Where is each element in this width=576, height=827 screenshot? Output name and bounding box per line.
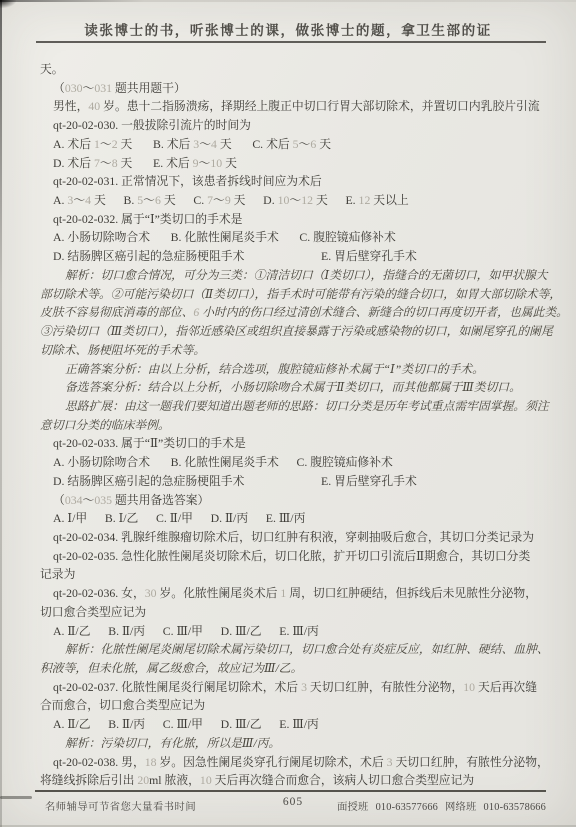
text-line: 记录为 [40,565,550,584]
text-line: 备选答案分析：结合以上分析，小肠切除吻合术属于Ⅱ类切口，而其他都属于Ⅲ类切口。 [40,378,550,397]
page-footer: 名师辅导可节省您大量看书时间 605 面授班010-63577666网络班010… [40,795,546,815]
scan-edge-top [0,0,576,2]
footer-onsite-phone: 010-63577666 [376,802,438,813]
scan-bottom-left-mark [0,796,32,799]
text-line: qt-20-02-033. 属于“Ⅱ”类切口的手术是 [40,434,550,453]
scan-corner-mark [0,0,16,8]
text-line: 正确答案分析：由以上分析，结合选项，腹腔镜疝修补术属于“Ⅰ”类切口的手术。 [40,360,550,379]
header-slogan: 读张博士的书，听张博士的课，做张博士的题，拿卫生部的证 [0,19,576,39]
text-line: ③污染切口（Ⅲ类切口），指邻近感染区或组织直接暴露于污染或感染物的切口，如阑尾穿… [40,322,550,341]
text-line: qt-20-02-036. 女，30 岁。化脓性阑尾炎术后 1 周，切口红肿硬结… [40,584,550,603]
footer-onsite-label: 面授班 [337,802,369,813]
footer-online-label: 网络班 [445,802,477,813]
text-line: A. 小肠切除吻合术 B. 化脓性阑尾炎手术 C. 腹腔镜疝修补术 [40,228,550,247]
text-line: 解析：化脓性阑尾炎阑尾切除术属污染切口，切口愈合处有炎症反应，如红肿、硬结、血肿… [40,640,550,659]
text-line: qt-20-02-030. 一般拔除引流片的时间为 [40,116,550,135]
text-line: 积液等，但未化脓，属乙级愈合，故应记为Ⅲ/乙。 [40,659,550,678]
text-line: 切除术、肠梗阻坏死的手术等。 [40,341,550,360]
footer-left-slogan: 名师辅导可节省您大量看书时间 [45,798,196,813]
text-line: A. 3～4 天 B. 5～6 天 C. 7～9 天 D. 10～12 天 E.… [40,191,550,210]
text-line: A. 小肠切除吻合术 B. 化脓性阑尾炎手术 C. 腹腔镜疝修补术 [40,453,550,472]
text-line: 皮肤不容易彻底消毒的部位、6 小时内的伤口经过清创术缝合、新缝合的切口再度切开者… [40,303,550,322]
text-line: qt-20-02-032. 属于“Ⅰ”类切口的手术是 [40,210,550,229]
text-line: qt-20-02-031. 正常情况下，该患者拆线时间应为术后 [40,172,550,191]
text-line: 合而愈合，切口愈合类型应记为 [40,696,550,715]
text-line: 将缝线拆除后引出 20ml 脓液，10 天后再次缝合而愈合，该病人切口愈合类型应… [40,771,550,790]
text-line: D. 结肠脾区癌引起的急症肠梗阻手术 E. 胃后壁穿孔手术 [40,472,550,491]
text-line: qt-20-02-038. 男，18 岁。因急性阑尾炎穿孔行阑尾切除术，术后 3… [40,753,550,772]
text-line: qt-20-02-034. 乳腺纤维腺瘤切除术后，切口红肿有积液，穿刺抽吸后愈合… [40,528,550,547]
scan-edge-left [0,0,2,827]
text-line: （030～031 题共用题干） [40,79,550,98]
scanned-page: 读张博士的书，听张博士的课，做张博士的题，拿卫生部的证 天。（030～031 题… [0,0,576,827]
text-line: 切口愈合类型应记为 [40,603,550,622]
header-rule [36,41,546,43]
text-line: （034～035 题共用备选答案） [40,491,550,510]
text-line: D. 结肠脾区癌引起的急症肠梗阻手术 E. 胃后壁穿孔手术 [40,247,550,266]
footer-online-phone: 010-63578666 [484,802,546,813]
text-line: A. 术后 1～2 天 B. 术后 3～4 天 C. 术后 5～6 天 [40,135,550,154]
text-line: 解析：切口愈合情况，可分为三类：①清洁切口（Ⅰ类切口），指缝合的无菌切口，如甲状… [40,266,550,285]
text-line: 思路扩展：由这一题我们要知道出题老师的思路：切口分类是历年考试重点需牢固掌握。须… [40,397,550,416]
text-line: A. Ⅱ/乙 B. Ⅱ/丙 C. Ⅲ/甲 D. Ⅲ/乙 E. Ⅲ/丙 [40,622,550,641]
footer-rule [35,790,546,792]
text-line: 天。 [40,60,550,79]
text-line: 解析：污染切口，有化脓，所以是Ⅲ/丙。 [40,734,550,753]
footer-page-number: 605 [283,796,303,808]
text-line: qt-20-02-037. 化脓性阑尾炎行阑尾切除术，术后 3 天切口红肿，有脓… [40,678,550,697]
page-body: 天。（030～031 题共用题干）男性，40 岁。患十二指肠溃疡，择期经上腹正中… [40,60,550,790]
text-line: 部切除术等。②可能污染切口（Ⅱ类切口），指手术时可能带有污染的缝合切口，如胃大部… [40,285,550,304]
text-line: A. Ⅰ/甲 B. Ⅰ/乙 C. Ⅱ/甲 D. Ⅱ/丙 E. Ⅲ/丙 [40,509,550,528]
footer-contacts: 面授班010-63577666网络班010-63578666 [330,798,546,813]
text-line: D. 术后 7～8 天 E. 术后 9～10 天 [40,154,550,173]
text-line: qt-20-02-035. 急性化脓性阑尾炎切除术后，切口化脓，扩开切口引流后Ⅱ… [40,547,550,566]
text-line: 意切口分类的临床举例。 [40,416,550,435]
text-line: 男性，40 岁。患十二指肠溃疡，择期经上腹正中切口行胃大部切除术，并置切口内乳胶… [40,97,550,116]
text-line: A. Ⅱ/乙 B. Ⅱ/丙 C. Ⅲ/甲 D. Ⅲ/乙 E. Ⅲ/丙 [40,715,550,734]
